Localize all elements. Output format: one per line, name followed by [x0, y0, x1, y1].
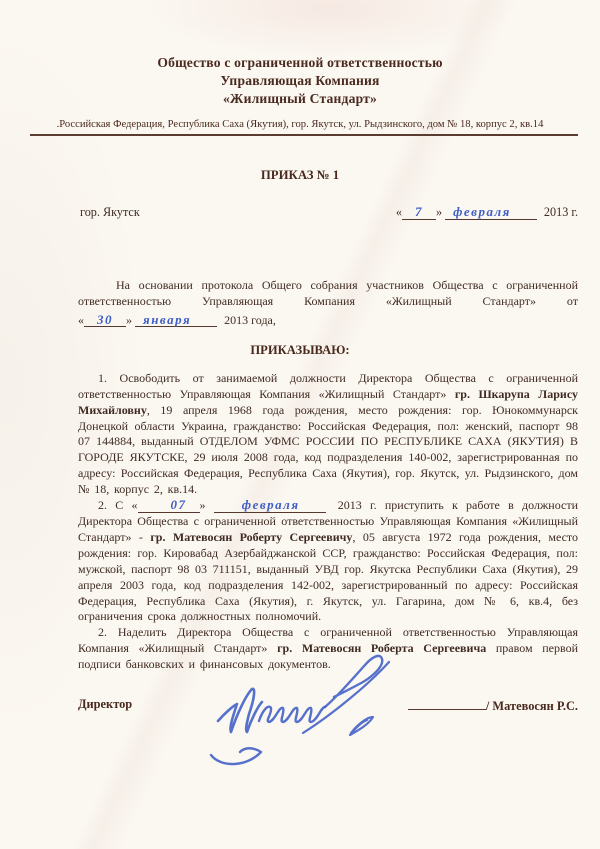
order-title: ПРИКАЗ № 1 — [0, 168, 600, 183]
handwritten-text: 07 — [138, 498, 200, 513]
handwritten-text: 7 — [402, 205, 436, 220]
document-page: Общество с ограниченной ответственностью… — [0, 0, 600, 849]
text-segment: » — [126, 313, 135, 327]
handwritten-text: января — [135, 313, 217, 328]
signatory-block: / Матевосян Р.С. — [408, 697, 578, 714]
signature-row: Директор / Матевосян Р.С. — [78, 697, 578, 714]
order-item-3: 2. Наделить Директора Общества с огранич… — [78, 625, 578, 673]
org-address: .Российская Федерация, Республика Саха (… — [0, 119, 600, 130]
handwritten-text: февраля — [445, 205, 537, 220]
signature-line — [408, 697, 486, 710]
handwritten-text: 30 — [84, 313, 126, 328]
text-segment: 2. С « — [98, 498, 138, 512]
director-label: Директор — [78, 697, 132, 714]
org-name-line2: Управляющая Компания — [0, 72, 600, 90]
intro-paragraph: На основании протокола Общего собрания у… — [78, 278, 578, 310]
signatory-name: / Матевосян Р.С. — [486, 699, 578, 713]
header-rule — [30, 134, 578, 136]
order-meta-row: гор. Якутск «7» февраля 2013 г. — [80, 205, 578, 220]
resolution-heading: ПРИКАЗЫВАЮ: — [0, 343, 600, 358]
text-segment: На основании протокола Общего собрания у… — [78, 278, 578, 308]
intro-date-line: «30» января 2013 года, — [78, 311, 578, 330]
org-name-block: Общество с ограниченной ответственностью… — [0, 54, 600, 108]
text-segment: гр. Матевосян Роберту Сергеевичу — [150, 530, 352, 544]
org-name-line1: Общество с ограниченной ответственностью — [0, 54, 600, 72]
order-date: «7» февраля 2013 г. — [396, 205, 578, 220]
text-segment: 2013 года, — [221, 313, 276, 327]
text-segment: , 19 апреля 1968 года рождения, место ро… — [78, 403, 578, 497]
order-items: 1. Освободить от занимаемой должности Ди… — [78, 371, 578, 673]
order-city: гор. Якутск — [80, 205, 140, 220]
org-name-line3: «Жилищный Стандарт» — [0, 90, 600, 108]
text-segment: » — [200, 498, 214, 512]
handwritten-text: февраля — [214, 498, 326, 513]
text-segment: гр. Матевосян Роберта Сергеевича — [277, 641, 486, 655]
text-segment: 2013 г. — [541, 205, 578, 219]
text-segment: » — [436, 205, 445, 219]
order-item-2: 2. С «07» февраля 2013 г. приступить к р… — [78, 498, 578, 625]
order-item-1: 1. Освободить от занимаемой должности Ди… — [78, 371, 578, 498]
